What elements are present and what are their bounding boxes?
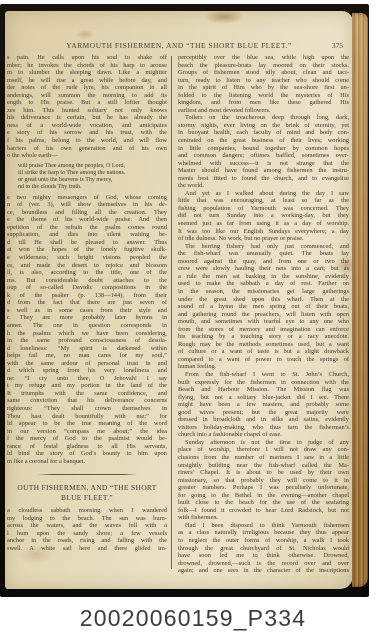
text-line: f the mercy of God to the psalmist would… (7, 435, 167, 443)
text-line: e two mighty messengers of God, whose co… (7, 194, 167, 202)
text-line: r. They are more probably later hymns in (7, 314, 167, 322)
text-line: or great unto the heavens is Thy mercy, (7, 177, 167, 184)
text-line: folded to the listening world the myster… (178, 92, 349, 100)
text-line: kingdom, and from men like these gathere… (178, 99, 349, 107)
left-column: s pain. He calls upon his soul to shake … (7, 54, 167, 575)
paragraph-block: a cloudless sabbath morning when I wande… (7, 507, 167, 552)
scanned-book-photo: YARMOUTH FISHERMEN, AND “THE SHORT BLUE … (0, 0, 386, 640)
paragraph-block: ll, is also, according to the title, one… (7, 269, 167, 465)
scan-id-strip: 20020060159_P334 (0, 597, 386, 640)
text-line: moored against the quay, and from one or… (178, 258, 349, 266)
text-line: have soon led me to think otherwise. Dro… (178, 552, 349, 560)
text-line: the world. (178, 182, 349, 190)
text-line: used to make the sabbath a day of rest. … (178, 280, 349, 288)
text-line: m like a coronal for a banquet. (7, 458, 167, 466)
text-line: Thou hast dealt bountifully with me;” fo… (7, 413, 167, 421)
text-line: es, and made the desert to rejoice and b… (7, 262, 167, 270)
text-line: folk—I found it crowded to hear Lord Rad… (178, 507, 349, 515)
text-line: Toilers on the treacherous deep through … (178, 114, 349, 122)
text-line: riners’ Chapel. It is about to be used b… (178, 469, 349, 477)
book-page-scan: YARMOUTH FISHERMEN, AND “THE SHORT BLUE … (5, 11, 353, 589)
scan-id-text: 20020060159_P334 (80, 605, 306, 632)
text-line: little that was encouraging, at least so… (178, 197, 349, 205)
text-line: compared to a want of power to touch the… (178, 356, 349, 364)
text-line: Sunday afternoon is not the time to judg… (178, 439, 349, 447)
text-line: ce, boundless and filling all the creati… (7, 209, 167, 217)
text-line: t my refuge and my portion in the land o… (7, 382, 167, 390)
text-line: with the same ardour of personal trust i… (7, 360, 167, 368)
text-line: h the psalms which we have been consider… (7, 330, 167, 338)
text-line: f his palms, belong to the world, and wi… (7, 137, 167, 145)
text-line: fishing population of Yarmouth was conce… (178, 205, 349, 213)
text-line: in our version “compass me about;” the i… (7, 428, 167, 436)
text-line: visitors holiday-making, who thus turn t… (178, 424, 349, 432)
text-line: rance of festal gladness to all His serv… (7, 443, 167, 451)
text-line: ne: “I cry unto thee, O Jehovah! I say (7, 375, 167, 383)
text-line: place of worship, therefore I will not d… (178, 446, 349, 454)
text-line: clusions from the number of mariners I s… (178, 454, 349, 462)
text-line: will praise Thee among the peoples, O Lo… (7, 163, 167, 170)
text-line: ments best fitted to found the church, a… (178, 175, 349, 183)
running-header: YARMOUTH FISHERMEN, AND “THE SHORT BLUE … (13, 41, 345, 51)
text-line: Master should have found among fishermen… (178, 167, 349, 175)
text-line: missionary, so that probably they will c… (178, 477, 349, 485)
text-line: to neglect the outer forms of worship, a… (178, 537, 349, 545)
text-line: centrated on the great business of their… (178, 137, 349, 145)
text-line: turn, ready to listen to any teacher who… (178, 77, 349, 85)
text-line: beach the pleasure-boats lay moored on t… (178, 62, 349, 70)
text-line: e wilderness; such bright visions people… (7, 254, 167, 262)
text-line: Beach and Harbour Mission. The Mission f… (178, 386, 349, 394)
text-line: from the stores of memory and imaginatio… (178, 326, 349, 334)
text-line: righteous: “They shall crown themselves … (7, 405, 167, 413)
text-line: epetition of the refrain the psalm comes… (7, 224, 167, 232)
text-line: d till He shall be pleased to answer. Th… (7, 239, 167, 247)
text-line: crew were slowly hauling their nets into… (178, 265, 349, 273)
text-line: s pain. He calls upon his soul to shake … (7, 54, 167, 62)
text-line: s well as in some cases from their style… (7, 307, 167, 315)
paragraph-block: And yet as I walked about during the day… (178, 190, 349, 243)
text-line: in buoyant health, each faculty of mind … (178, 129, 349, 137)
running-title: YARMOUTH FISHERMEN, AND “THE SHORT BLUE … (66, 41, 292, 50)
text-line: nd to the clouds Thy truth. (7, 184, 167, 191)
text-line: drowned, drowned,—such is the record ove… (178, 560, 349, 568)
text-line: built close to the beach for the use of … (178, 499, 349, 507)
paragraph-block: From the fish-wharf I went to St. John’s… (178, 371, 349, 439)
text-line: mber; he invokes the chords of his harp … (7, 62, 167, 70)
text-line: ness of a world-wide vocation, and antic… (7, 122, 167, 130)
text-line: human feeling. (178, 363, 349, 371)
text-line: From the fish-wharf I went to St. John’s… (178, 371, 349, 379)
text-line: anderings, will summon the morning to ad… (7, 92, 167, 100)
right-column: perceptibly over the blue sea, while hig… (178, 54, 349, 575)
text-line: in the same profound consciousness of de… (7, 337, 167, 345)
text-line: at won the hopes of the lonely fugitive … (7, 246, 167, 254)
text-line: mself, he will rise a great while before… (7, 77, 167, 85)
text-line: And yet as I walked about during the day… (178, 190, 349, 198)
paragraph-block: e two mighty messengers of God, whose co… (7, 194, 167, 269)
text-line: ld bind the story of God’s bounty to him… (7, 450, 167, 458)
text-line: n of (ver. 3), will show themselves in h… (7, 201, 167, 209)
paragraph-block: The herring fishery had only just commen… (178, 243, 349, 371)
paragraph-block: s pain. He calls upon his soul to shake … (7, 54, 167, 160)
text-line: anchor in the roads, rising and falling … (7, 537, 167, 545)
text-line: of idle dulness. No work, but no prayer … (178, 235, 349, 243)
text-line: stormy nights, ever living on the brink … (178, 122, 349, 130)
text-line: again; and one sees in the character of … (178, 567, 349, 575)
book-fore-edge (352, 13, 368, 587)
text-line: his deliverance is certain, but he has a… (7, 114, 167, 122)
text-line: helps fail me, no man cares for my soul,… (7, 352, 167, 360)
text-line: same conviction that his deliverance con… (7, 397, 167, 405)
text-line: and common dangers; oftimes baffled, som… (178, 152, 349, 160)
text-line: Had I been disposed to think Yarmouth fi… (178, 522, 349, 530)
column-rule (171, 56, 172, 569)
text-line: whelmed with success—it is not strange t… (178, 160, 349, 168)
text-line: ength to His praise. But a still loftier… (7, 99, 167, 107)
text-line: d which spring from his very loneliness … (7, 367, 167, 375)
text-line: It triumphs with the same confidence, an… (7, 390, 167, 398)
text-line: It was too like our English Sundays ever… (178, 228, 349, 236)
text-line: mouth, and sometimes with tearful eye to… (178, 318, 349, 326)
text-line: a rule the men sat basking in the sunshi… (178, 273, 349, 281)
paragraph-block: Had I been disposed to think Yarmouth fi… (178, 522, 349, 575)
text-line: good wives present; but the great majori… (178, 409, 349, 417)
text-line: earliest and most devoted followers. (178, 107, 349, 115)
text-line: o the whole earth— (7, 152, 167, 160)
text-line: through the great churchyard of St. Nich… (178, 545, 349, 553)
text-line: as a class naturally irreligious because… (178, 529, 349, 537)
text-line: might have been a few masters, and proba… (178, 401, 349, 409)
text-line: in little companies, bound together by c… (178, 145, 349, 153)
text-line: k of the psalter (p. 138—144), from thei… (7, 292, 167, 300)
text-line: zes him. This hunted solitary not only k… (7, 107, 167, 115)
text-line: Groups of fishermen stood idly about, cl… (178, 69, 349, 77)
two-column-text: s pain. He calls upon his soul to shake … (5, 54, 353, 575)
paragraph-block: Toilers on the treacherous deep through … (178, 114, 349, 189)
text-line: OUTH FISHERMEN, AND “THE SHORT (7, 483, 167, 492)
text-line: ll, is also, according to the title, one… (7, 269, 167, 277)
text-line: did not turn Sunday into a working-day, … (178, 212, 349, 220)
text-line: The herring fishery had only just commen… (178, 243, 349, 251)
text-line: flying, but not a solitary blue-jacket d… (178, 394, 349, 402)
text-line: under the great shed upon this wharf. Th… (178, 296, 349, 304)
text-line: in the spirit of Him who by the sea-shor… (178, 84, 349, 92)
text-line: BLUE FLEET.” (7, 493, 167, 502)
text-line: in the season, the missionaries get larg… (178, 288, 349, 296)
text-line: seemed just as far from using it as a da… (178, 220, 349, 228)
text-line: m to slumber the sleeping dawn. Like a m… (7, 69, 167, 77)
text-line: the fish-wharf was unusually quiet. The … (178, 250, 349, 258)
text-line: d from the fact that there are just seve… (7, 299, 167, 307)
text-line: a cloudless sabbath morning when I wande… (7, 507, 167, 515)
text-line: ld appear to be the true meaning of the … (7, 420, 167, 428)
text-line: perceptibly over the blue sea, while hig… (178, 54, 349, 62)
text-line: der notes of the rude lyre, his companio… (7, 84, 167, 92)
text-line: my lodging to the beach. The sun was bur… (7, 515, 167, 523)
text-line: across the waters, and the waves fell wi… (7, 522, 167, 530)
text-line: Rough may be the methods sometimes used,… (178, 341, 349, 349)
text-line: oup of so-called Davidic compositions in… (7, 284, 167, 292)
text-line: built expressly for the fishermen in con… (178, 379, 349, 387)
text-line: anner. The one in question corresponds i… (7, 322, 167, 330)
verse-quote-block: will praise Thee among the peoples, O Lo… (7, 163, 167, 191)
text-line: his teaching by a touching story or a ra… (178, 333, 349, 341)
text-line: barriers of his own generation and of hi… (7, 145, 167, 153)
section-heading: OUTH FISHERMEN, AND “THE SHORTBLUE FLEET… (7, 483, 167, 502)
text-line: e story of his sorrow and his trust, wit… (7, 129, 167, 137)
text-line: ill strike the harp to Thee among the na… (7, 170, 167, 177)
text-line: unsightly building near the fish-wharf c… (178, 462, 349, 470)
text-line: e the theme of his world-wide praise. An… (7, 216, 167, 224)
text-line: greater numbers. Perhaps I was peculiarl… (178, 484, 349, 492)
text-line: sound of a hymn the men spring out of th… (178, 303, 349, 311)
page-number: 375 (332, 41, 343, 51)
section-divider (37, 474, 137, 475)
text-line: supplication, and dies into silent waiti… (7, 231, 167, 239)
paragraph-block: Sunday afternoon is not the time to judg… (178, 439, 349, 522)
text-line: for going to the Bethel in the evening—a… (178, 492, 349, 500)
text-line: of culture or a want of taste is but a s… (178, 348, 349, 356)
paragraph-block: perceptibly over the blue sea, while hig… (178, 54, 349, 114)
text-line: with fishermen. (178, 514, 349, 522)
text-line: ms. But considerable doubt attaches to t… (7, 277, 167, 285)
text-line: and gathering round the preachers, will … (178, 311, 349, 319)
text-line: d loneliness: “My spirit is darkened wit… (7, 345, 167, 353)
text-line: church into a fashionable chapel of ease… (178, 431, 349, 439)
text-line: l hum upon the sandy shore; a few vessel… (7, 530, 167, 538)
text-line: swell. A white sail here and there glide… (7, 545, 167, 553)
text-line: dressed in broadcloth and in silks and s… (178, 416, 349, 424)
